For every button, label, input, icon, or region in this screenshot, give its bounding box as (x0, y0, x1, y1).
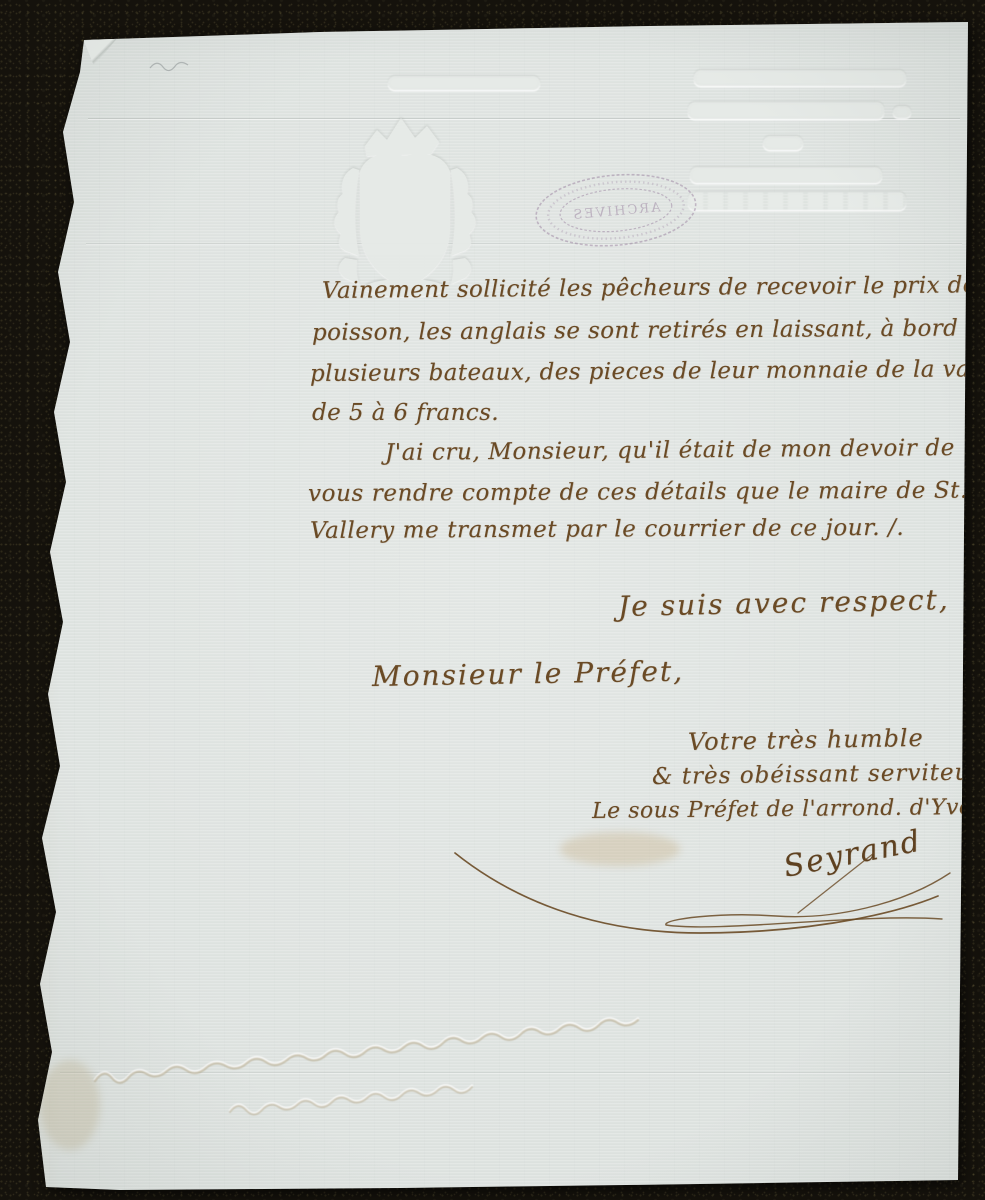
handwritten-line: plusieurs bateaux, des pieces de leur mo… (310, 356, 985, 387)
closing-line: Le sous Préfet de l'arrond. d'Yvetot, (592, 795, 985, 824)
paper-crease (86, 243, 962, 244)
letter-sheet-wrap: ARCHIVES Vainement sollicité les pêcheur… (0, 0, 985, 1200)
emboss-line (893, 106, 911, 118)
addressee-line: Monsieur le Préfet, (372, 655, 685, 693)
emboss-chain-line (688, 192, 906, 210)
archive-oval-stamp: ARCHIVES (525, 160, 712, 261)
closing-line: Votre très humble (688, 724, 924, 756)
handwritten-line: poisson, les anglais se sont retirés en … (312, 315, 985, 346)
folded-corner (84, 35, 124, 67)
coat-of-arms-emboss-icon (315, 108, 495, 303)
emboss-line (763, 136, 803, 150)
handwritten-line: Vainement sollicité les pêcheurs de rece… (322, 272, 985, 304)
handwritten-line: Vallery me transmet par le courrier de c… (310, 515, 904, 544)
svg-text:ARCHIVES: ARCHIVES (571, 200, 662, 223)
emboss-line (694, 70, 906, 86)
pencil-mark (142, 52, 202, 82)
handwritten-line: J'ai cru, Monsieur, qu'il était de mon d… (385, 435, 955, 466)
handwritten-line: vous rendre compte de ces détails que le… (308, 478, 968, 507)
ghost-writing (80, 1048, 700, 1138)
letter-sheet: ARCHIVES Vainement sollicité les pêcheur… (0, 0, 985, 1200)
emboss-line (690, 167, 882, 183)
photo-background: ARCHIVES Vainement sollicité les pêcheur… (0, 0, 985, 1200)
handwritten-line: de 5 à 6 francs. (312, 400, 499, 426)
emboss-line (388, 76, 540, 90)
closing-line: & très obéissant serviteur, f. (652, 759, 985, 790)
signature-flourish (430, 835, 970, 945)
emboss-line (688, 102, 884, 119)
valediction-line: Je suis avec respect, (618, 583, 950, 623)
